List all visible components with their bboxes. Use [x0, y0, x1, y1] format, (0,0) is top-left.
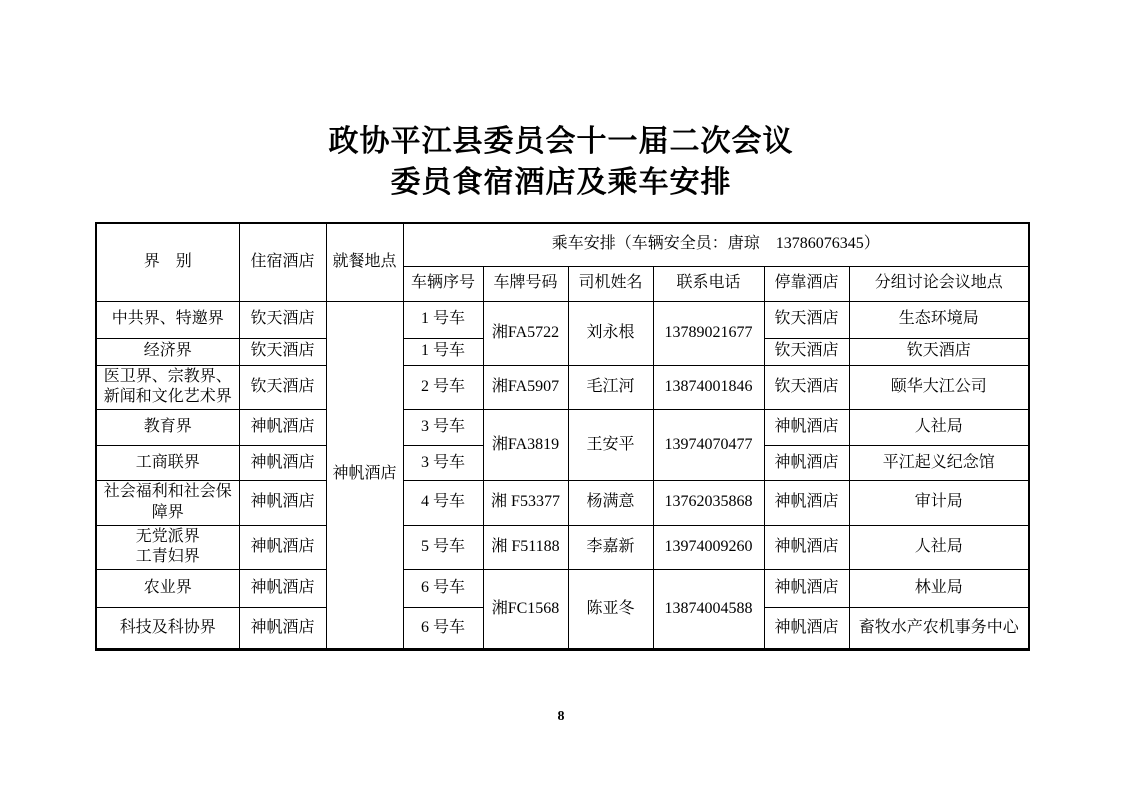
venue-cell: 畜牧水产农机事务中心 — [849, 608, 1029, 650]
hotel-cell: 钦天酒店 — [239, 301, 326, 338]
driver-cell: 刘永根 — [568, 301, 653, 365]
stop-hotel-cell: 神帆酒店 — [764, 481, 849, 526]
stop-hotel-cell: 钦天酒店 — [764, 301, 849, 338]
stop-hotel-cell: 神帆酒店 — [764, 410, 849, 446]
table-row: 无党派界 工青妇界 神帆酒店 5 号车 湘 F51188 李嘉新 1397400… — [96, 525, 1029, 570]
group-cell: 医卫界、宗教界、 新闻和文化艺术界 — [96, 365, 239, 410]
venue-cell: 人社局 — [849, 525, 1029, 570]
venue-cell: 平江起义纪念馆 — [849, 446, 1029, 481]
bus-number-cell: 3 号车 — [403, 410, 483, 446]
driver-cell: 王安平 — [568, 410, 653, 481]
header-group: 界 别 — [96, 223, 239, 301]
phone-cell: 13874001846 — [653, 365, 764, 410]
plate-cell: 湘FA5722 — [483, 301, 568, 365]
group-cell: 工商联界 — [96, 446, 239, 481]
group-cell: 科技及科协界 — [96, 608, 239, 650]
group-cell: 社会福利和社会保 障界 — [96, 481, 239, 526]
hotel-cell: 神帆酒店 — [239, 608, 326, 650]
venue-cell: 林业局 — [849, 570, 1029, 608]
stop-hotel-cell: 神帆酒店 — [764, 570, 849, 608]
bus-number-cell: 6 号车 — [403, 570, 483, 608]
group-cell: 教育界 — [96, 410, 239, 446]
group-cell: 农业界 — [96, 570, 239, 608]
arrangement-table: 界 别 住宿酒店 就餐地点 乘车安排（车辆安全员：唐琼 13786076345）… — [95, 222, 1030, 651]
header-contact-phone: 联系电话 — [653, 266, 764, 301]
header-bus-number: 车辆序号 — [403, 266, 483, 301]
hotel-cell: 钦天酒店 — [239, 338, 326, 365]
plate-cell: 湘FA3819 — [483, 410, 568, 481]
header-driver-name: 司机姓名 — [568, 266, 653, 301]
plate-cell: 湘FA5907 — [483, 365, 568, 410]
hotel-cell: 神帆酒店 — [239, 446, 326, 481]
driver-cell: 杨满意 — [568, 481, 653, 526]
stop-hotel-cell: 钦天酒店 — [764, 338, 849, 365]
venue-cell: 人社局 — [849, 410, 1029, 446]
hotel-cell: 钦天酒店 — [239, 365, 326, 410]
bus-number-cell: 1 号车 — [403, 301, 483, 338]
table-row: 中共界、特邀界 钦天酒店 神帆酒店 1 号车 湘FA5722 刘永根 13789… — [96, 301, 1029, 338]
header-row-1: 界 别 住宿酒店 就餐地点 乘车安排（车辆安全员：唐琼 13786076345） — [96, 223, 1029, 266]
driver-cell: 毛江河 — [568, 365, 653, 410]
venue-cell: 钦天酒店 — [849, 338, 1029, 365]
bus-number-cell: 6 号车 — [403, 608, 483, 650]
stop-hotel-cell: 神帆酒店 — [764, 525, 849, 570]
phone-cell: 13974009260 — [653, 525, 764, 570]
hotel-cell: 神帆酒店 — [239, 570, 326, 608]
phone-cell: 13789021677 — [653, 301, 764, 365]
page-number: 8 — [0, 709, 1122, 725]
phone-cell: 13974070477 — [653, 410, 764, 481]
plate-cell: 湘 F53377 — [483, 481, 568, 526]
stop-hotel-cell: 钦天酒店 — [764, 365, 849, 410]
header-discussion-venue: 分组讨论会议地点 — [849, 266, 1029, 301]
hotel-cell: 神帆酒店 — [239, 525, 326, 570]
page-title: 政协平江县委员会十一届二次会议 委员食宿酒店及乘车安排 — [0, 121, 1122, 203]
venue-cell: 颐华大江公司 — [849, 365, 1029, 410]
venue-cell: 生态环境局 — [849, 301, 1029, 338]
phone-cell: 13874004588 — [653, 570, 764, 650]
phone-cell: 13762035868 — [653, 481, 764, 526]
dining-cell: 神帆酒店 — [326, 301, 403, 650]
bus-number-cell: 1 号车 — [403, 338, 483, 365]
header-stop-hotel: 停靠酒店 — [764, 266, 849, 301]
plate-cell: 湘FC1568 — [483, 570, 568, 650]
stop-hotel-cell: 神帆酒店 — [764, 608, 849, 650]
header-dining-place: 就餐地点 — [326, 223, 403, 301]
hotel-cell: 神帆酒店 — [239, 410, 326, 446]
driver-cell: 陈亚冬 — [568, 570, 653, 650]
hotel-cell: 神帆酒店 — [239, 481, 326, 526]
bus-number-cell: 5 号车 — [403, 525, 483, 570]
bus-number-cell: 2 号车 — [403, 365, 483, 410]
table-row: 教育界 神帆酒店 3 号车 湘FA3819 王安平 13974070477 神帆… — [96, 410, 1029, 446]
group-cell: 无党派界 工青妇界 — [96, 525, 239, 570]
bus-number-cell: 4 号车 — [403, 481, 483, 526]
stop-hotel-cell: 神帆酒店 — [764, 446, 849, 481]
table-row: 社会福利和社会保 障界 神帆酒店 4 号车 湘 F53377 杨满意 13762… — [96, 481, 1029, 526]
group-cell: 经济界 — [96, 338, 239, 365]
table-row: 医卫界、宗教界、 新闻和文化艺术界 钦天酒店 2 号车 湘FA5907 毛江河 … — [96, 365, 1029, 410]
header-lodging-hotel: 住宿酒店 — [239, 223, 326, 301]
page-title-line2: 委员食宿酒店及乘车安排 — [0, 162, 1122, 203]
table-row: 农业界 神帆酒店 6 号车 湘FC1568 陈亚冬 13874004588 神帆… — [96, 570, 1029, 608]
plate-cell: 湘 F51188 — [483, 525, 568, 570]
header-transport-arrangement: 乘车安排（车辆安全员：唐琼 13786076345） — [403, 223, 1029, 266]
page-title-line1: 政协平江县委员会十一届二次会议 — [0, 121, 1122, 162]
group-cell: 中共界、特邀界 — [96, 301, 239, 338]
bus-number-cell: 3 号车 — [403, 446, 483, 481]
driver-cell: 李嘉新 — [568, 525, 653, 570]
header-plate-number: 车牌号码 — [483, 266, 568, 301]
venue-cell: 审计局 — [849, 481, 1029, 526]
